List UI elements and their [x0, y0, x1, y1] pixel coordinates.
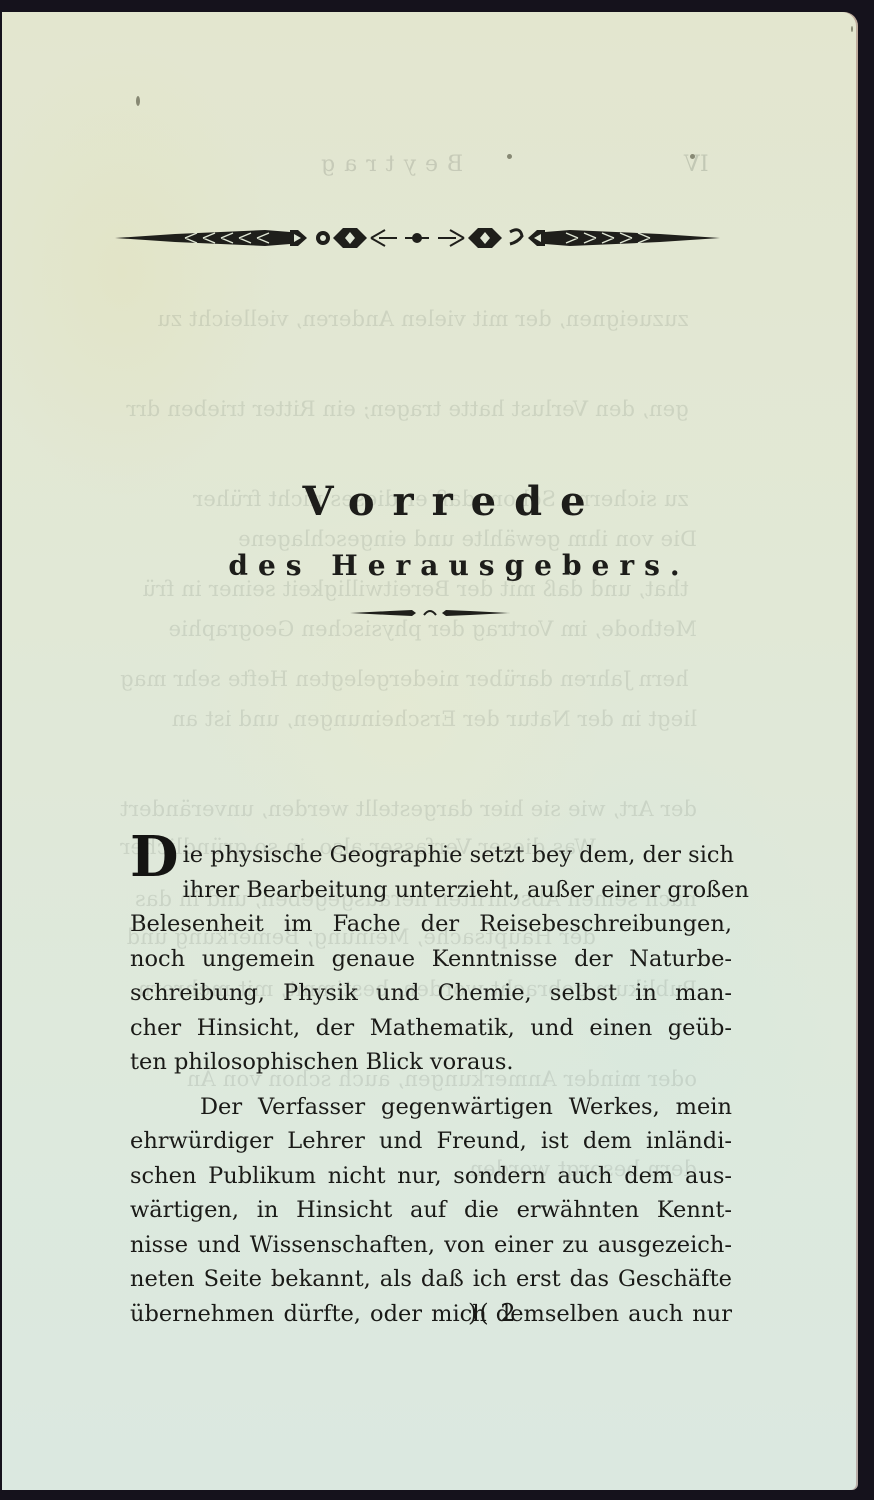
small-rule-ornament — [350, 606, 510, 620]
bleed-line: gen, den Verlust hatte tragen; ein Ritte… — [120, 394, 689, 424]
text-line: neten Seite bekannt, als daß ich erst da… — [130, 1262, 732, 1297]
preface-body: D ie physische Geographie setzt bey dem,… — [130, 838, 732, 1331]
paper-speck — [851, 26, 853, 32]
paper-speck — [136, 96, 140, 106]
paper-speck — [507, 154, 512, 159]
text-line: ie physische Geographie setzt bey dem, d… — [130, 838, 732, 873]
paper-speck — [690, 154, 695, 159]
text-line: übernehmen dürfte, oder mich demselben a… — [130, 1297, 732, 1332]
text-line: Der Verfasser gegenwärtigen Werkes, mein — [130, 1090, 732, 1125]
text-line: schen Publikum nicht nur, sondern auch d… — [130, 1159, 732, 1194]
bleed-line: liegt in der Natur der Erscheinungen, un… — [120, 704, 697, 734]
bleed-line: der Art, wie sie hier dargestellt werden… — [120, 794, 697, 824]
text-line: nisse und Wissenschaften, von einer zu a… — [130, 1228, 732, 1263]
drop-cap: D — [130, 832, 179, 882]
signature-mark: )( 2 — [468, 1299, 518, 1327]
fleuron-band-ornament — [115, 220, 720, 256]
bleed-line: hern Jahren darüber niedergelegten Hefte… — [120, 664, 689, 694]
page-subtitle: des Herausgebers. — [2, 549, 874, 582]
paragraph-2: Der Verfasser gegenwärtigen Werkes, mein… — [130, 1090, 732, 1332]
bleed-through-folio: IV — [684, 152, 709, 177]
text-line: ten philosophischen Blick voraus. — [130, 1045, 732, 1080]
book-page: Beytrag IV zuzueignen, der mit vielen An… — [2, 12, 858, 1490]
bleed-through-running-head: Beytrag — [312, 152, 463, 177]
page-title: Vorrede — [2, 478, 874, 525]
bleed-line: zuzueignen, der mit vielen Anderen, viel… — [120, 304, 689, 334]
text-line: schreibung, Physik und Chemie, selbst in… — [130, 976, 732, 1011]
text-line: noch ungemein genaue Kenntnisse der Natu… — [130, 942, 732, 977]
text-line: ihrer Bearbeitung unterzieht, außer eine… — [130, 873, 732, 908]
text-line: Belesenheit im Fache der Reisebeschreibu… — [130, 907, 732, 942]
text-line: wärtigen, in Hinsicht auf die erwähnten … — [130, 1193, 732, 1228]
paragraph-1: D ie physische Geographie setzt bey dem,… — [130, 838, 732, 1080]
text-line: ehrwürdiger Lehrer und Freund, ist dem i… — [130, 1124, 732, 1159]
text-line: cher Hinsicht, der Mathematik, und einen… — [130, 1011, 732, 1046]
